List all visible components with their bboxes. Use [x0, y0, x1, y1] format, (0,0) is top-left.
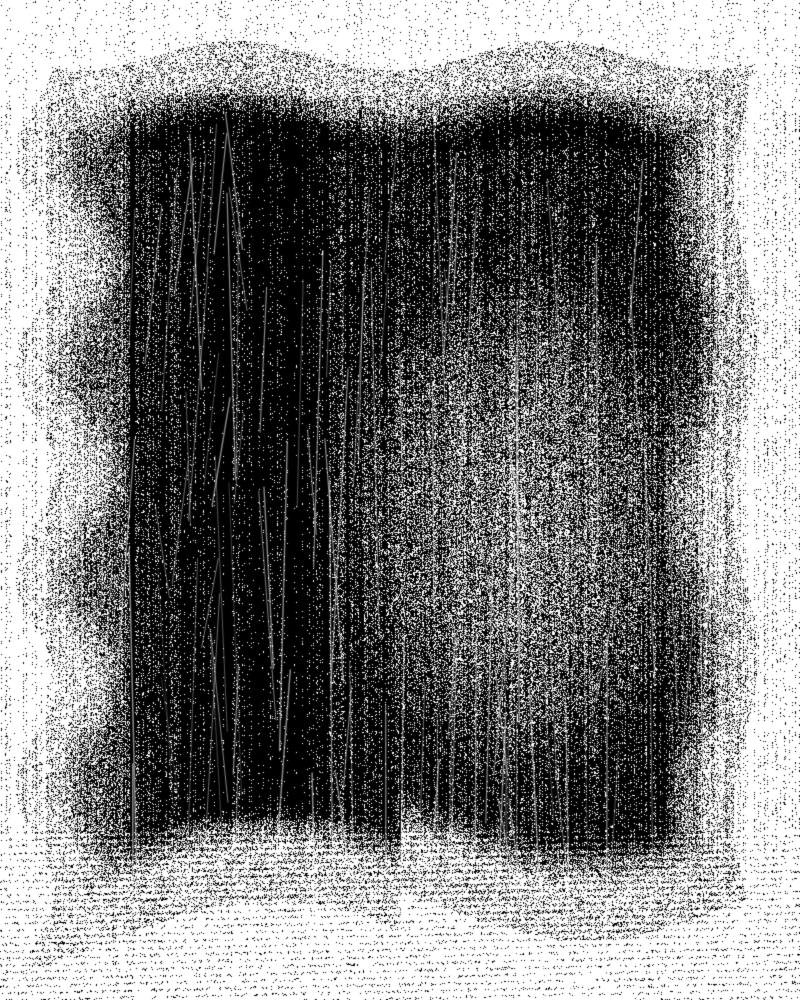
grunge-texture-image	[0, 0, 800, 1000]
grunge-texture-canvas	[0, 0, 800, 1000]
